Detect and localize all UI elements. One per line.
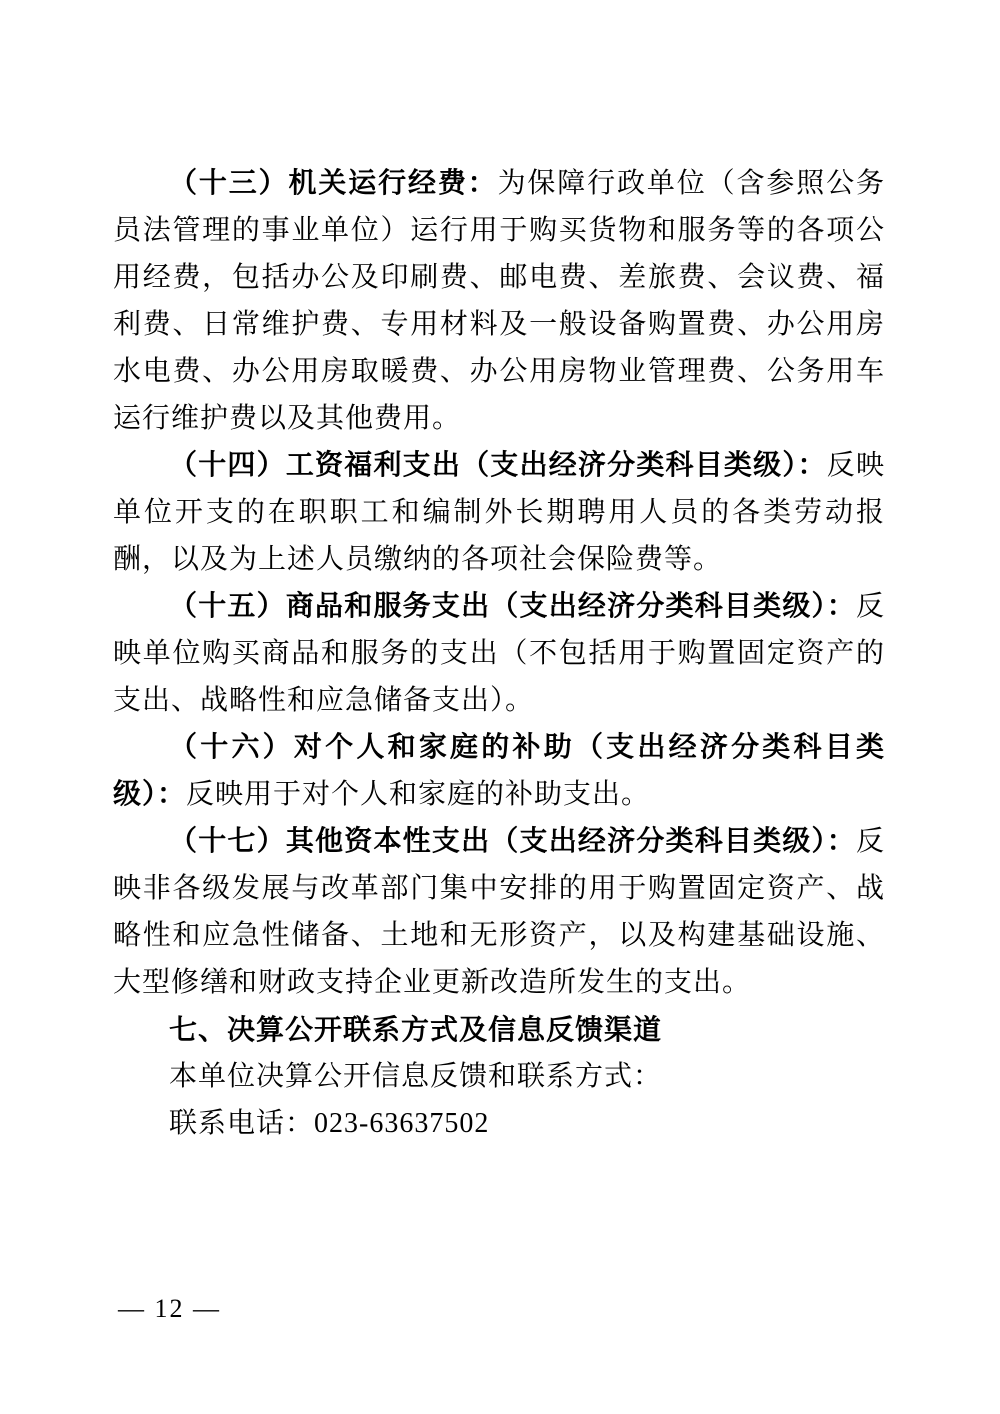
paragraph-item-15: （十五）商品和服务支出（支出经济分类科目类级）：反映单位购买商品和服务的支出（不… bbox=[113, 583, 885, 724]
paragraph-17-bold-lead: （十七）其他资本性支出（支出经济分类科目类级）： bbox=[169, 826, 856, 857]
paragraph-15-bold-lead: （十五）商品和服务支出（支出经济分类科目类级）： bbox=[169, 591, 856, 622]
paragraph-13-bold-lead: （十三）机关运行经费： bbox=[169, 168, 498, 199]
paragraph-item-17: （十七）其他资本性支出（支出经济分类科目类级）：反映非各级发展与改革部门集中安排… bbox=[113, 818, 885, 1006]
paragraph-item-16: （十六）对个人和家庭的补助（支出经济分类科目类级）：反映用于对个人和家庭的补助支… bbox=[113, 724, 885, 818]
contact-phone-label: 联系电话： bbox=[169, 1108, 314, 1139]
paragraph-16-body: 反映用于对个人和家庭的补助支出。 bbox=[186, 779, 650, 810]
contact-phone-line: 联系电话：023-63637502 bbox=[113, 1100, 885, 1147]
contact-intro-line: 本单位决算公开信息反馈和联系方式： bbox=[113, 1053, 885, 1100]
paragraph-item-13: （十三）机关运行经费：为保障行政单位（含参照公务员法管理的事业单位）运行用于购买… bbox=[113, 160, 885, 442]
paragraph-14-bold-lead: （十四）工资福利支出（支出经济分类科目类级）： bbox=[169, 450, 827, 481]
section-heading-contact: 七、决算公开联系方式及信息反馈渠道 bbox=[113, 1006, 885, 1053]
paragraph-item-14: （十四）工资福利支出（支出经济分类科目类级）：反映单位开支的在职职工和编制外长期… bbox=[113, 442, 885, 583]
contact-phone-number: 023-63637502 bbox=[314, 1108, 489, 1139]
document-content: （十三）机关运行经费：为保障行政单位（含参照公务员法管理的事业单位）运行用于购买… bbox=[113, 160, 885, 1147]
document-page: （十三）机关运行经费：为保障行政单位（含参照公务员法管理的事业单位）运行用于购买… bbox=[0, 0, 1000, 1414]
paragraph-13-body: 为保障行政单位（含参照公务员法管理的事业单位）运行用于购买货物和服务等的各项公用… bbox=[113, 168, 885, 434]
page-footer: — 12 — bbox=[118, 1291, 221, 1327]
